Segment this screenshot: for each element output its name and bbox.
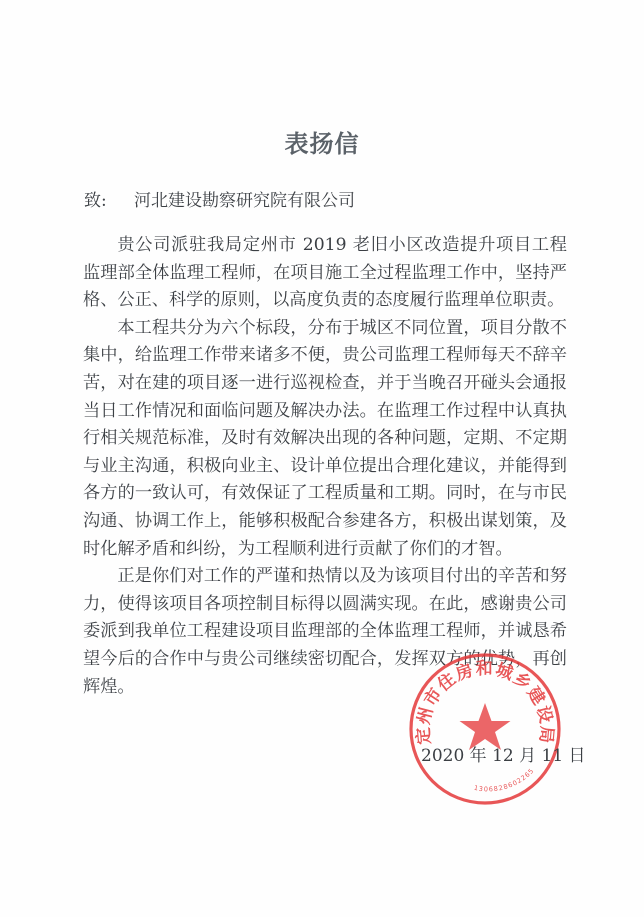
recipient-name: 河北建设勘察研究院有限公司 <box>134 191 355 211</box>
paragraph-intro: 贵公司派驻我局定州市 2019 老旧小区改造提升项目工程监理部全体监理工程师，在… <box>83 232 567 315</box>
letter-date: 2020 年 12 月 11 日 <box>421 741 586 766</box>
letter-page: 表扬信 致:河北建设勘察研究院有限公司 贵公司派驻我局定州市 2019 老旧小区… <box>0 0 644 917</box>
letter-title: 表扬信 <box>0 124 644 159</box>
official-seal-icon: 定州市住房和城乡建设局 1306828602265 <box>407 651 563 807</box>
paragraph-details: 本工程共分为六个标段，分布于城区不同位置，项目分散不集中，给监理工作带来诸多不便… <box>83 315 567 563</box>
letter-body: 贵公司派驻我局定州市 2019 老旧小区改造提升项目工程监理部全体监理工程师，在… <box>83 232 567 701</box>
salutation-prefix: 致: <box>84 186 134 211</box>
salutation: 致:河北建设勘察研究院有限公司 <box>84 186 355 211</box>
